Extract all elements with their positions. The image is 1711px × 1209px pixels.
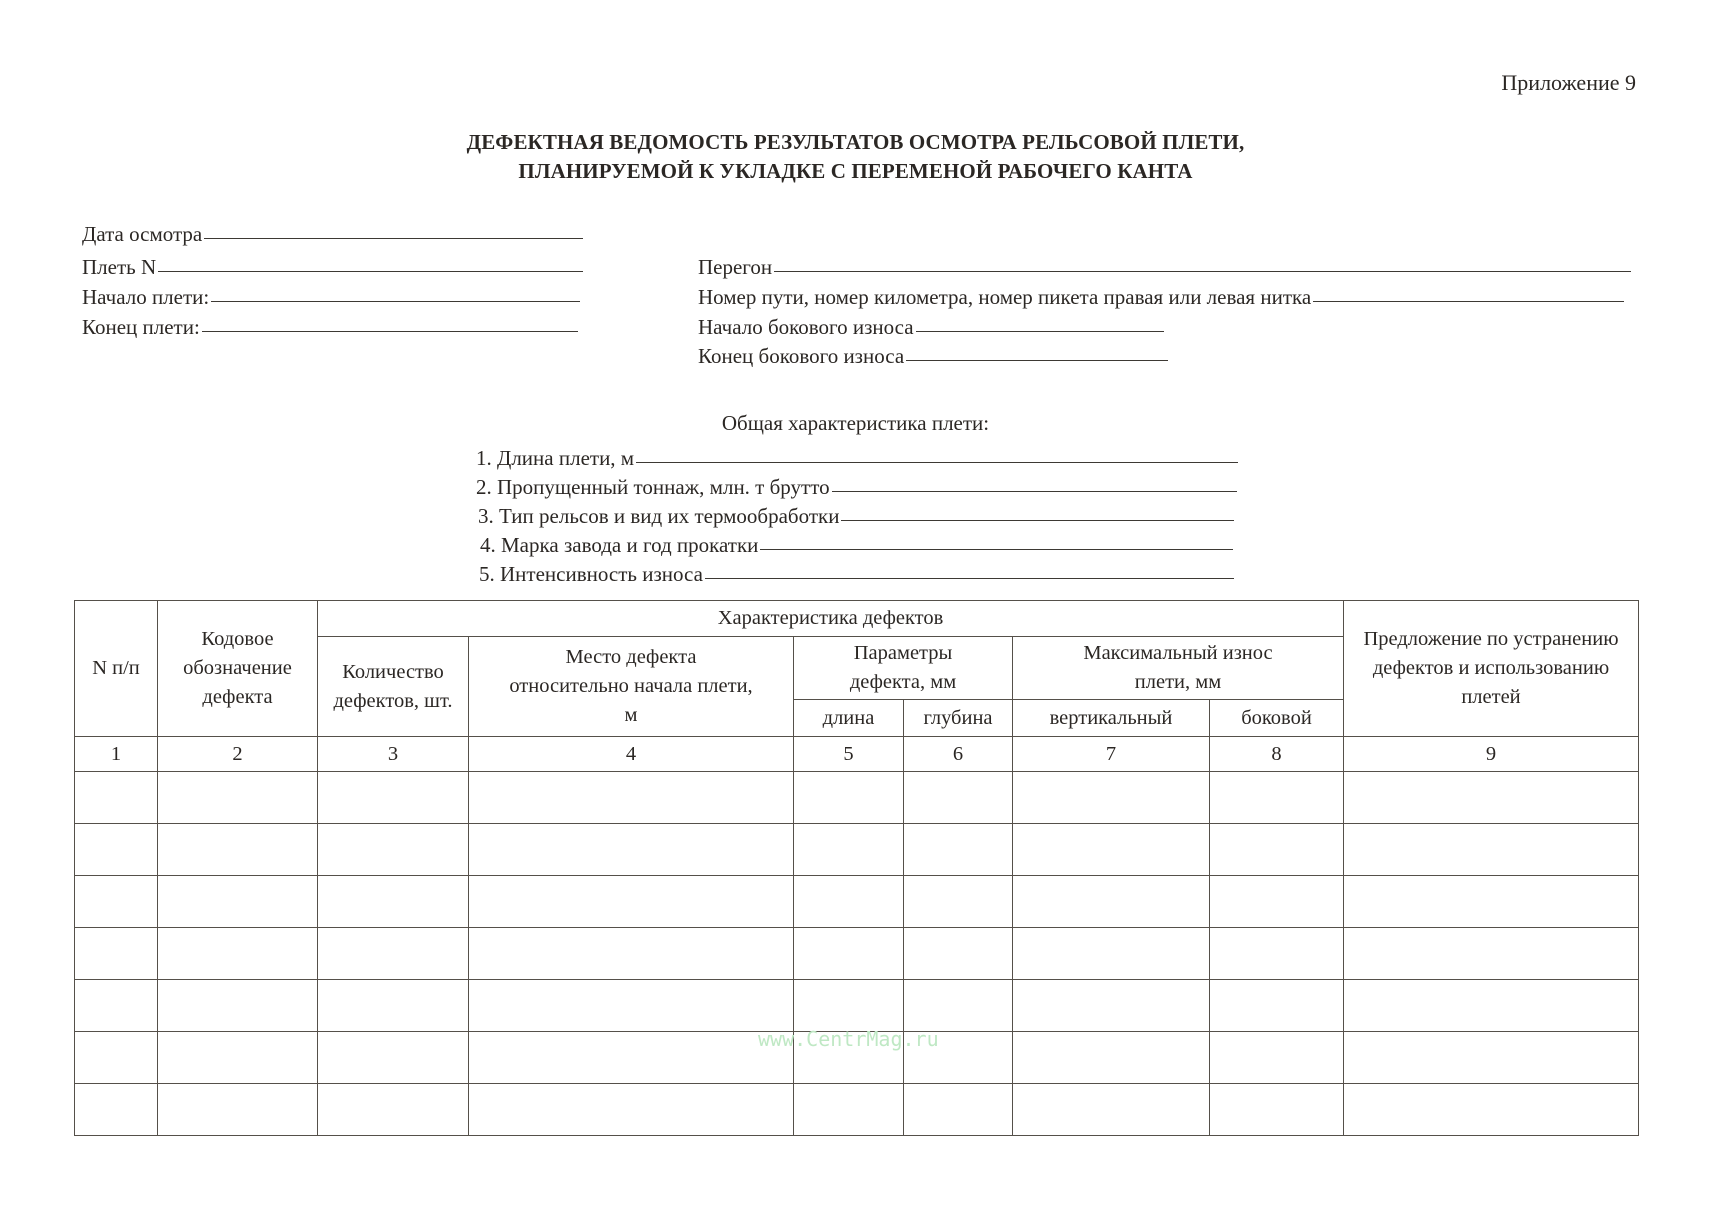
field-label: Конец бокового износа <box>698 344 904 369</box>
table-row <box>75 980 1639 1032</box>
header-depth: глубина <box>904 700 1013 737</box>
field-label: Номер пути, номер километра, номер пикет… <box>698 285 1311 310</box>
field-label: Начало бокового износа <box>698 315 914 340</box>
inspection-date-field[interactable]: Дата осмотра <box>82 222 583 247</box>
field-label: Начало плети: <box>82 285 209 310</box>
document-title-line-1: ДЕФЕКТНАЯ ВЕДОМОСТЬ РЕЗУЛЬТАТОВ ОСМОТРА … <box>0 130 1711 155</box>
table-cell[interactable] <box>904 824 1013 876</box>
side-wear-start-field[interactable]: Начало бокового износа <box>698 315 1164 340</box>
header-number: N п/п <box>75 601 158 737</box>
table-cell[interactable] <box>1013 980 1210 1032</box>
table-cell[interactable] <box>75 1032 158 1084</box>
fill-line[interactable] <box>202 330 578 332</box>
table-cell[interactable] <box>469 772 794 824</box>
fill-line[interactable] <box>774 270 1631 272</box>
table-cell[interactable] <box>75 824 158 876</box>
header-defect-params: Параметры дефекта, мм <box>794 637 1013 700</box>
table-cell[interactable] <box>318 772 469 824</box>
field-label: Дата осмотра <box>82 222 202 247</box>
table-cell[interactable] <box>904 980 1013 1032</box>
table-cell[interactable] <box>318 980 469 1032</box>
table-row <box>75 1084 1639 1136</box>
document-title-line-2: ПЛАНИРУЕМОЙ К УКЛАДКЕ С ПЕРЕМЕНОЙ РАБОЧЕ… <box>0 159 1711 184</box>
header-side: боковой <box>1210 700 1344 737</box>
table-cell[interactable] <box>469 928 794 980</box>
table-cell[interactable] <box>318 876 469 928</box>
table-cell[interactable] <box>469 1084 794 1136</box>
table-row <box>75 772 1639 824</box>
table-cell[interactable] <box>469 876 794 928</box>
table-cell[interactable] <box>318 824 469 876</box>
table-cell[interactable] <box>1210 876 1344 928</box>
column-number: 6 <box>904 737 1013 772</box>
table-cell[interactable] <box>75 928 158 980</box>
table-cell[interactable] <box>1013 876 1210 928</box>
table-cell[interactable] <box>158 1032 318 1084</box>
fill-line[interactable] <box>204 237 583 239</box>
table-row <box>75 876 1639 928</box>
header-length: длина <box>794 700 904 737</box>
table-cell[interactable] <box>904 876 1013 928</box>
haul-field[interactable]: Перегон <box>698 255 1631 280</box>
fill-line[interactable] <box>158 270 583 272</box>
table-cell[interactable] <box>1210 980 1344 1032</box>
header-vertical: вертикальный <box>1013 700 1210 737</box>
fill-line[interactable] <box>760 548 1233 550</box>
table-cell[interactable] <box>794 980 904 1032</box>
general-characteristics-heading: Общая характеристика плети: <box>0 411 1711 436</box>
general-item-wear-intensity[interactable]: 5. Интенсивность износа <box>479 562 1234 587</box>
table-cell[interactable] <box>318 1032 469 1084</box>
table-cell[interactable] <box>1210 772 1344 824</box>
defects-table: N п/п Кодовое обозначение дефекта Характ… <box>74 600 1639 1136</box>
fill-line[interactable] <box>906 359 1168 361</box>
table-cell[interactable] <box>1344 1084 1639 1136</box>
table-cell[interactable] <box>904 772 1013 824</box>
general-item-length[interactable]: 1. Длина плети, м <box>476 446 1238 471</box>
general-item-manufacturer[interactable]: 4. Марка завода и год прокатки <box>480 533 1233 558</box>
table-cell[interactable] <box>794 1084 904 1136</box>
item-label: 4. Марка завода и год прокатки <box>480 533 758 558</box>
table-cell[interactable] <box>904 1084 1013 1136</box>
table-cell[interactable] <box>1210 824 1344 876</box>
fill-line[interactable] <box>916 330 1164 332</box>
table-cell[interactable] <box>794 824 904 876</box>
column-numbers-row: 1 2 3 4 5 6 7 8 9 <box>75 737 1639 772</box>
table-cell[interactable] <box>318 928 469 980</box>
table-cell[interactable] <box>75 1084 158 1136</box>
table-cell[interactable] <box>1013 1084 1210 1136</box>
table-cell[interactable] <box>1013 772 1210 824</box>
fill-line[interactable] <box>211 300 580 302</box>
table-cell[interactable] <box>794 928 904 980</box>
table-cell[interactable] <box>1210 1084 1344 1136</box>
header-defect-place: Место дефекта относительно начала плети,… <box>469 637 794 737</box>
column-number: 8 <box>1210 737 1344 772</box>
table-cell[interactable] <box>1344 980 1639 1032</box>
table-body <box>75 772 1639 1136</box>
item-label: 2. Пропущенный тоннаж, млн. т брутто <box>476 475 830 500</box>
table-cell[interactable] <box>1344 1032 1639 1084</box>
table-cell[interactable] <box>469 1032 794 1084</box>
string-end-field[interactable]: Конец плети: <box>82 315 578 340</box>
table-cell[interactable] <box>794 772 904 824</box>
table-cell[interactable] <box>1013 928 1210 980</box>
table-cell[interactable] <box>1210 1032 1344 1084</box>
side-wear-end-field[interactable]: Конец бокового износа <box>698 344 1168 369</box>
header-defect-code: Кодовое обозначение дефекта <box>158 601 318 737</box>
string-start-field[interactable]: Начало плети: <box>82 285 580 310</box>
header-defect-count: Количество дефектов, шт. <box>318 637 469 737</box>
watermark: www.CentrMag.ru <box>758 1027 939 1051</box>
table-cell[interactable] <box>158 876 318 928</box>
header-defect-characteristics: Характеристика дефектов <box>318 601 1344 637</box>
item-label: 1. Длина плети, м <box>476 446 634 471</box>
field-label: Конец плети: <box>82 315 200 340</box>
column-number: 7 <box>1013 737 1210 772</box>
table-cell[interactable] <box>1013 1032 1210 1084</box>
table-cell[interactable] <box>469 980 794 1032</box>
fill-line[interactable] <box>1313 300 1624 302</box>
table-cell[interactable] <box>1210 928 1344 980</box>
fill-line[interactable] <box>832 490 1237 492</box>
header-proposal: Предложение по устранению дефектов и исп… <box>1344 601 1639 737</box>
rail-string-number-field[interactable]: Плеть N <box>82 255 583 280</box>
table-cell[interactable] <box>318 1084 469 1136</box>
table-row <box>75 824 1639 876</box>
table-cell[interactable] <box>158 772 318 824</box>
column-number: 3 <box>318 737 469 772</box>
general-item-rail-type[interactable]: 3. Тип рельсов и вид их термообработки <box>478 504 1234 529</box>
column-number: 1 <box>75 737 158 772</box>
item-label: 5. Интенсивность износа <box>479 562 703 587</box>
column-number: 5 <box>794 737 904 772</box>
fill-line[interactable] <box>636 461 1238 463</box>
table-cell[interactable] <box>75 980 158 1032</box>
table-cell[interactable] <box>904 928 1013 980</box>
table-cell[interactable] <box>75 772 158 824</box>
field-label: Плеть N <box>82 255 156 280</box>
track-km-picket-field[interactable]: Номер пути, номер километра, номер пикет… <box>698 285 1624 310</box>
table-cell[interactable] <box>158 928 318 980</box>
appendix-label: Приложение 9 <box>1501 70 1636 96</box>
table-cell[interactable] <box>1013 824 1210 876</box>
table-cell[interactable] <box>1344 824 1639 876</box>
item-label: 3. Тип рельсов и вид их термообработки <box>478 504 839 529</box>
table-cell[interactable] <box>1344 876 1639 928</box>
table-cell[interactable] <box>1344 928 1639 980</box>
table-cell[interactable] <box>75 876 158 928</box>
column-number: 4 <box>469 737 794 772</box>
fill-line[interactable] <box>705 577 1234 579</box>
table-cell[interactable] <box>794 876 904 928</box>
column-number: 2 <box>158 737 318 772</box>
table-cell[interactable] <box>158 980 318 1032</box>
general-item-tonnage[interactable]: 2. Пропущенный тоннаж, млн. т брутто <box>476 475 1237 500</box>
column-number: 9 <box>1344 737 1639 772</box>
table-row <box>75 928 1639 980</box>
table-cell[interactable] <box>469 824 794 876</box>
table-cell[interactable] <box>1344 772 1639 824</box>
fill-line[interactable] <box>841 519 1234 521</box>
table-cell[interactable] <box>158 824 318 876</box>
header-max-wear: Максимальный износ плети, мм <box>1013 637 1344 700</box>
table-cell[interactable] <box>158 1084 318 1136</box>
field-label: Перегон <box>698 255 772 280</box>
